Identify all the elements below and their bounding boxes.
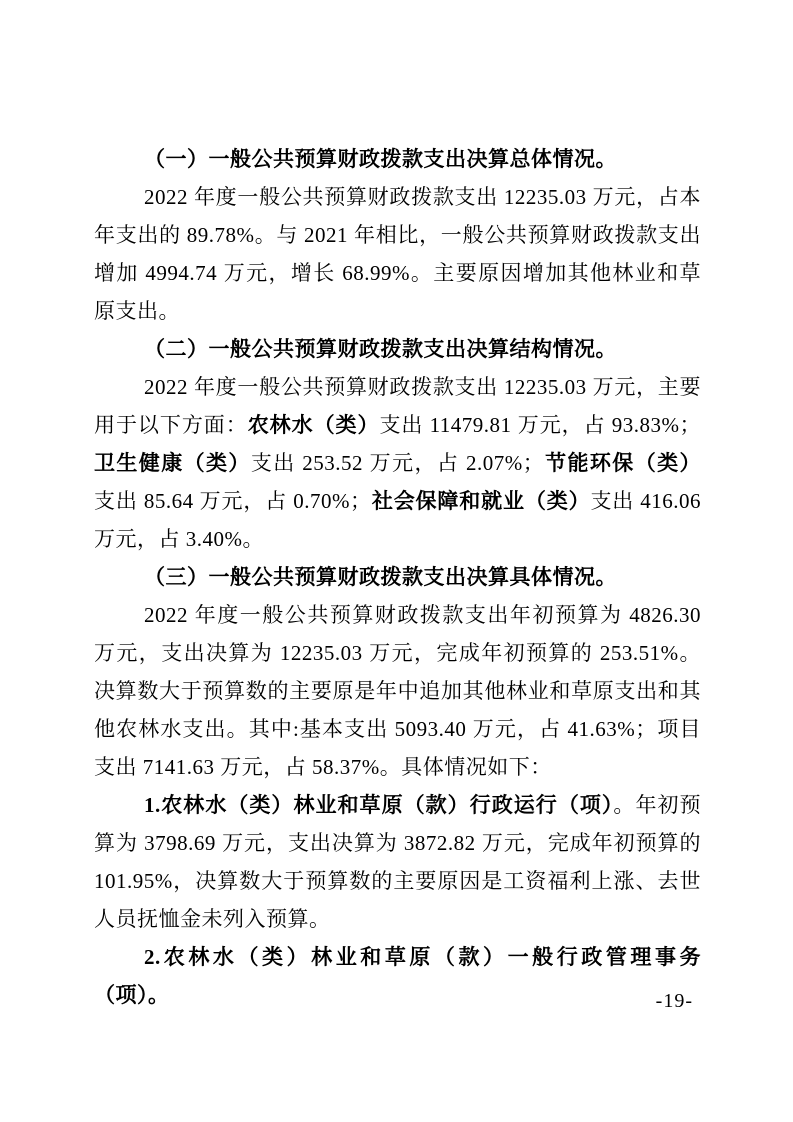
text-run: 支出 85.64 万元，占 0.70%； xyxy=(94,489,371,513)
section-3-heading-text: （三）一般公共预算财政拨款支出决算具体情况。 xyxy=(144,565,617,589)
item-1-title-bold-run: 1.农林水（类）林业和草原（款）行政运行（项） xyxy=(144,793,613,817)
section-3-heading: （三）一般公共预算财政拨款支出决算具体情况。 xyxy=(94,558,701,596)
section-1-paragraph: 2022 年度一般公共预算财政拨款支出 12235.03 万元，占本年支出的 8… xyxy=(94,178,701,330)
section-3-paragraph: 2022 年度一般公共预算财政拨款支出年初预算为 4826.30 万元，支出决算… xyxy=(94,596,701,786)
text-run: 支出 253.52 万元，占 2.07%； xyxy=(251,451,544,475)
text-run: 2022 年度一般公共预算财政拨款支出 12235.03 万元，占本年支出的 8… xyxy=(94,185,701,323)
item-2-paragraph: 2.农林水（类）林业和草原（款）一般行政管理事务（项）。 xyxy=(94,938,701,1014)
section-2-heading-text: （二）一般公共预算财政拨款支出决算结构情况。 xyxy=(144,337,617,361)
section-1-heading: （一）一般公共预算财政拨款支出决算总体情况。 xyxy=(94,140,701,178)
item-1-paragraph: 1.农林水（类）林业和草原（款）行政运行（项）。年初预算为 3798.69 万元… xyxy=(94,786,701,938)
bold-text-run: 农林水（类） xyxy=(248,413,380,437)
bold-text-run: 节能环保（类） xyxy=(544,451,701,475)
section-2-heading: （二）一般公共预算财政拨款支出决算结构情况。 xyxy=(94,330,701,368)
page-number: -19- xyxy=(656,990,693,1012)
document-body: （一）一般公共预算财政拨款支出决算总体情况。 2022 年度一般公共预算财政拨款… xyxy=(94,140,701,1014)
document-page: （一）一般公共预算财政拨款支出决算总体情况。 2022 年度一般公共预算财政拨款… xyxy=(0,0,793,1122)
bold-text-run: 社会保障和就业（类） xyxy=(371,489,590,513)
text-run: 支出 11479.81 万元，占 93.83%； xyxy=(379,413,701,437)
section-2-paragraph: 2022 年度一般公共预算财政拨款支出 12235.03 万元，主要用于以下方面… xyxy=(94,368,701,558)
bold-text-run: 卫生健康（类） xyxy=(94,451,251,475)
section-1-heading-text: （一）一般公共预算财政拨款支出决算总体情况。 xyxy=(144,147,617,171)
item-2-title-bold-run: 2.农林水（类）林业和草原（款）一般行政管理事务（项）。 xyxy=(94,945,701,1007)
text-run: 2022 年度一般公共预算财政拨款支出年初预算为 4826.30 万元，支出决算… xyxy=(94,603,701,779)
